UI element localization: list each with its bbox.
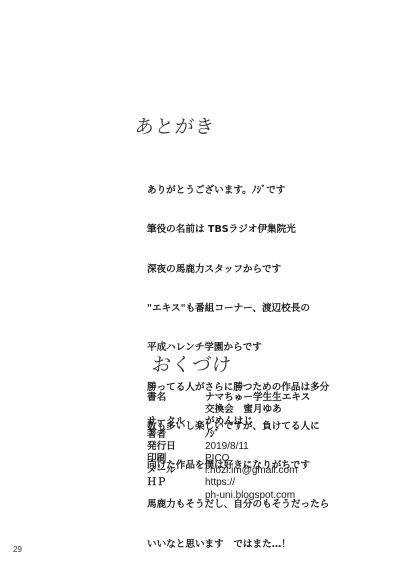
colophon-value: 2019/8/11 — [205, 441, 249, 453]
colophon-key — [147, 490, 205, 502]
colophon-row-homepage-cont: ph-uni.blogspot.com — [147, 490, 310, 502]
colophon-value: ナマちゅー学生生エキス — [205, 392, 310, 404]
colophon-key — [147, 404, 205, 416]
afterword-line: ありがとうございます。ﾉｼﾞです — [147, 184, 329, 197]
colophon-value: ﾉｼﾞ — [205, 429, 219, 441]
colophon-row-homepage: ＨＰ https:// — [147, 477, 310, 489]
afterword-line: いいなと思います ではまた…！ — [147, 538, 329, 551]
colophon-row-email: メール i.nozi.im@gmail.com — [147, 465, 310, 477]
colophon-row-title: 書名 ナマちゅー学生生エキス — [147, 392, 310, 404]
colophon-key: メール — [147, 465, 205, 477]
colophon-row-circle: サークル がめんはじ — [147, 416, 310, 428]
colophon-key: サークル — [147, 416, 205, 428]
afterword-line: "エキス"も番組コーナー、渡辺校長の — [147, 302, 329, 315]
colophon: 書名 ナマちゅー学生生エキス 交換会 蜜月ゆあ サークル がめんはじ 著者 ﾉｼ… — [147, 392, 310, 502]
colophon-value: がめんはじ — [205, 416, 253, 428]
afterword-line: 筆役の名前は TBSラジオ伊集院光 — [147, 223, 329, 236]
afterword-line: 深夜の馬鹿力スタッフからです — [147, 263, 329, 276]
colophon-email: i.nozi.im@gmail.com — [205, 465, 297, 477]
colophon-key: ＨＰ — [147, 477, 205, 489]
colophon-row-date: 発行日 2019/8/11 — [147, 441, 310, 453]
colophon-value: PICO — [205, 453, 229, 465]
colophon-value: 交換会 蜜月ゆあ — [205, 404, 282, 416]
colophon-row-author: 著者 ﾉｼﾞ — [147, 429, 310, 441]
colophon-key: 印刷 — [147, 453, 205, 465]
afterword-title: あとがき — [134, 112, 217, 139]
colophon-key: 発行日 — [147, 441, 205, 453]
colophon-url: ph-uni.blogspot.com — [205, 490, 295, 502]
colophon-key: 著者 — [147, 429, 205, 441]
colophon-url: https:// — [205, 477, 235, 489]
okuzuke-title: おくづけ — [151, 350, 234, 377]
page-number: 29 — [13, 545, 22, 554]
colophon-row-printer: 印刷 PICO — [147, 453, 310, 465]
colophon-row-title-cont: 交換会 蜜月ゆあ — [147, 404, 310, 416]
colophon-key: 書名 — [147, 392, 205, 404]
